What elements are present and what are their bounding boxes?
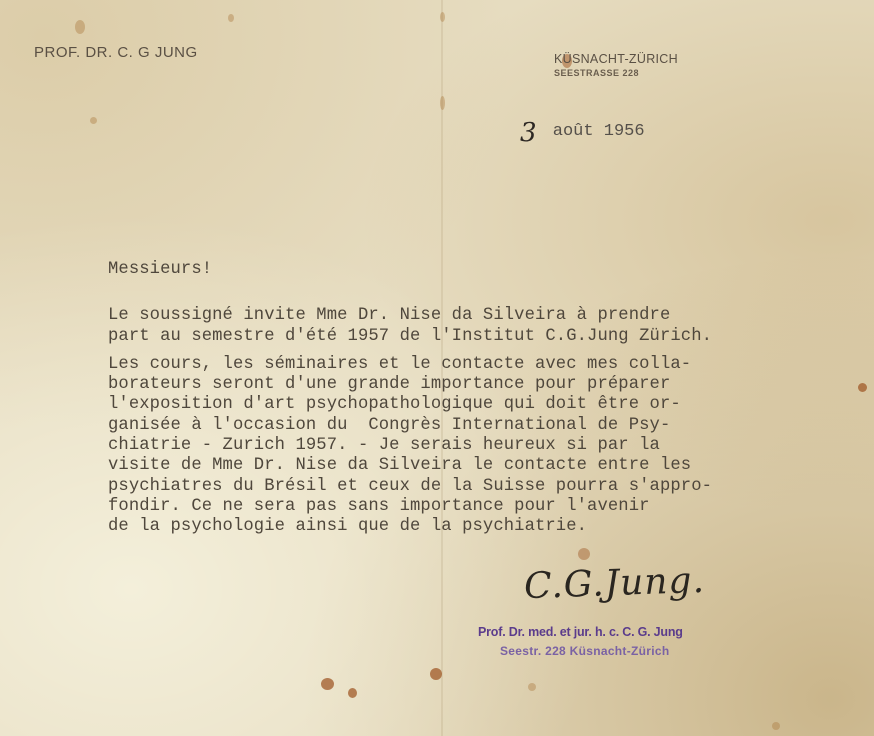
stain (228, 14, 234, 22)
letter-body: Messieurs! Le soussigné invite Mme Dr. N… (108, 260, 848, 546)
stain (858, 383, 867, 392)
stain (440, 96, 445, 110)
stain (75, 20, 85, 34)
stain (440, 12, 445, 22)
stain (528, 683, 536, 691)
letterhead-city: KÜSNACHT-ZÜRICH (554, 52, 678, 66)
salutation: Messieurs! (108, 260, 848, 280)
stamp-name: Prof. Dr. med. et jur. h. c. C. G. Jung (478, 625, 683, 639)
stain (430, 668, 442, 680)
letterhead-address: KÜSNACHT-ZÜRICH SEESTRASSE 228 (554, 52, 678, 78)
stamp-address: Seestr. 228 Küsnacht-Zürich (500, 644, 683, 658)
stain (578, 548, 590, 560)
date-day: 3 (520, 118, 537, 148)
stain (348, 688, 357, 698)
paragraph: Les cours, les séminaires et le contacte… (108, 355, 848, 538)
paragraph: Le soussigné invite Mme Dr. Nise da Silv… (108, 306, 848, 347)
stain (90, 117, 97, 124)
stain (772, 722, 780, 730)
letter-date: 3 août 1956 (520, 112, 645, 142)
letterhead-street: SEESTRASSE 228 (554, 68, 678, 78)
ink-stamp: Prof. Dr. med. et jur. h. c. C. G. Jung … (478, 625, 683, 658)
handwritten-signature: C.G.Jung. (523, 560, 705, 607)
stain (321, 678, 334, 690)
letterhead-name: PROF. DR. C. G JUNG (34, 44, 198, 61)
date-month-year: août 1956 (553, 122, 645, 141)
